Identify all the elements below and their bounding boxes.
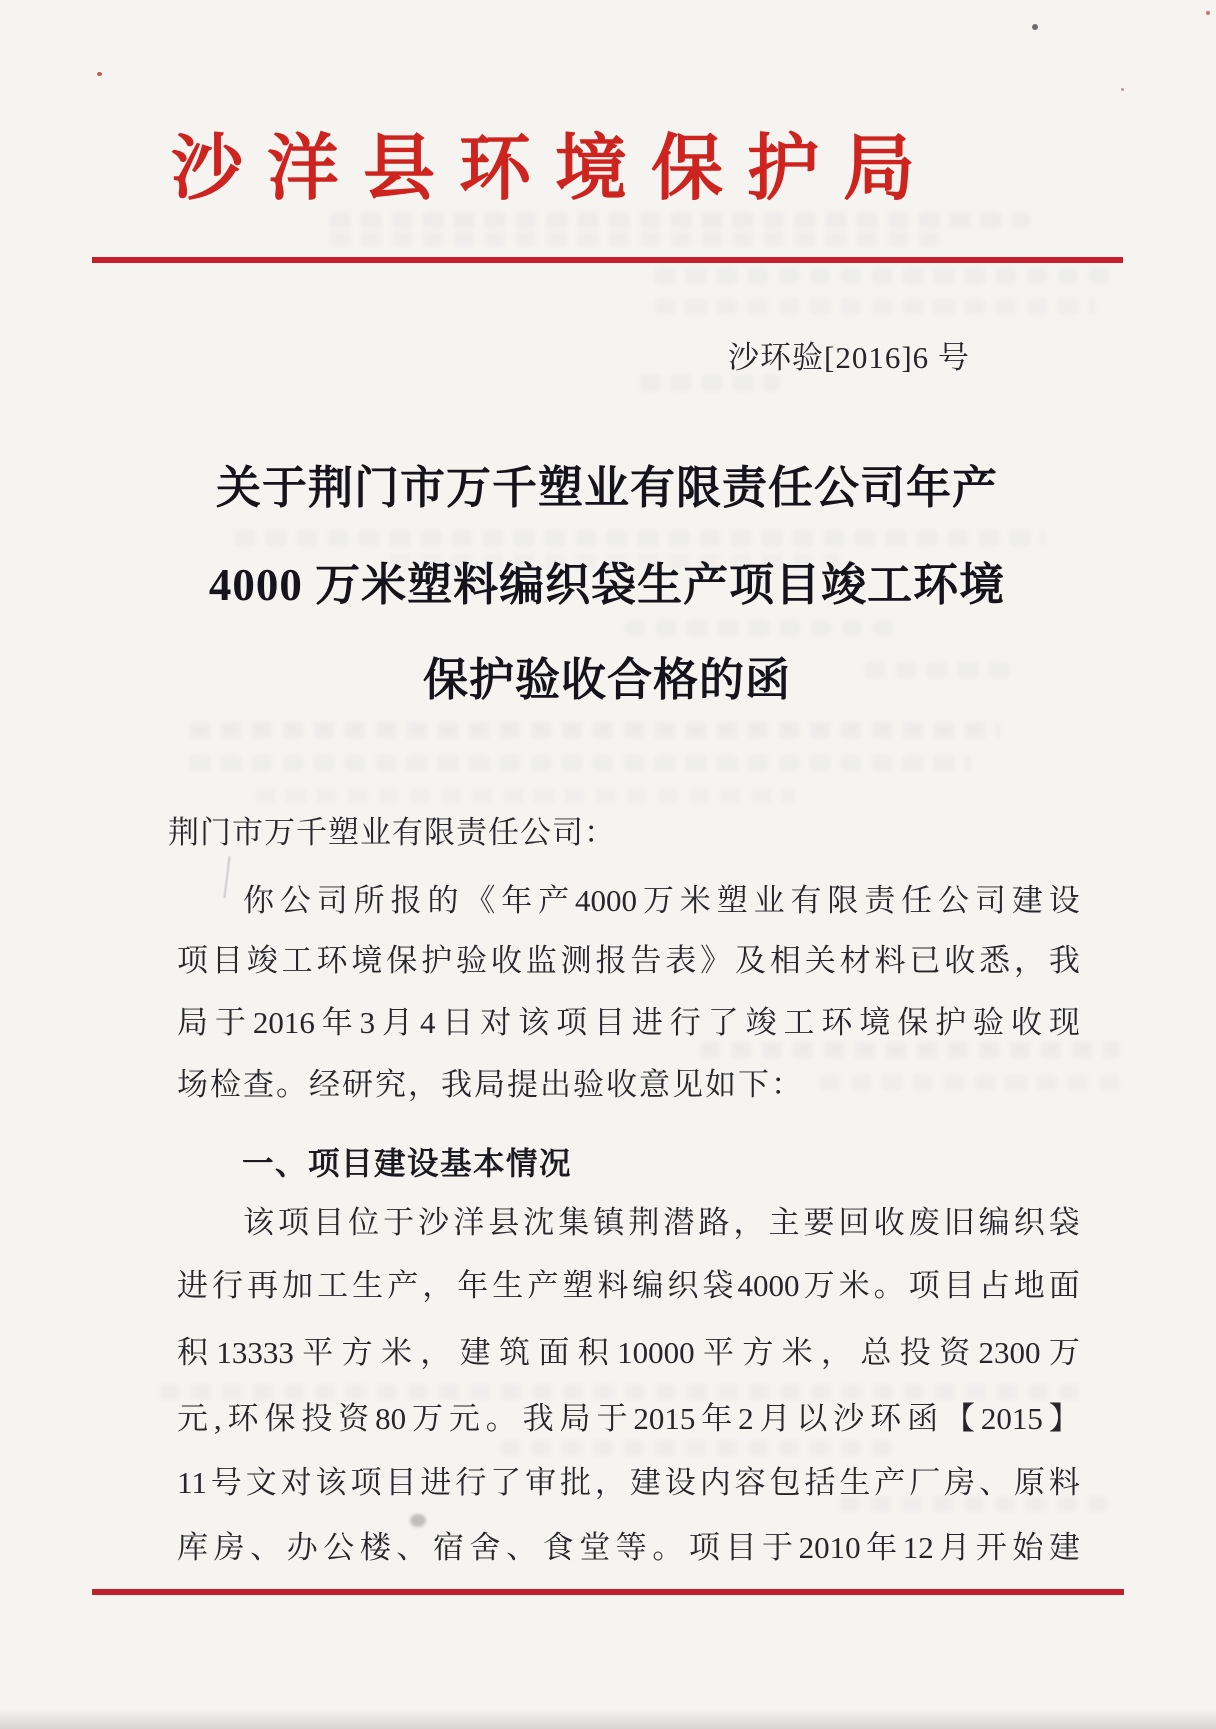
agency-letterhead-title: 沙洋县环境保护局 (40, 131, 1070, 209)
scan-crease (223, 856, 230, 898)
body-line: 进行再加工生产，年生产塑料编织袋4000万米。项目占地面 (177, 1267, 1080, 1304)
body-line: 积13333平方米，建筑面积10000平方米，总投资2300万 (177, 1334, 1080, 1371)
bleed-through-artifact (655, 268, 1115, 284)
salutation: 荆门市万千塑业有限责任公司： (168, 814, 616, 851)
body-line: 11号文对该项目进行了审批，建设内容包括生产厂房、原料 (177, 1464, 1080, 1501)
bleed-through-artifact (160, 1384, 1090, 1400)
bleed-through-artifact (190, 755, 970, 771)
scan-speck (1121, 88, 1124, 91)
document-title-line-1: 关于荆门市万千塑业有限责任公司年产 (92, 462, 1122, 514)
bleed-through-artifact (625, 620, 895, 636)
bleed-through-artifact (235, 530, 1045, 546)
bleed-through-artifact (255, 788, 795, 804)
bleed-through-artifact (700, 1042, 1120, 1058)
bleed-through-artifact (330, 231, 950, 247)
bleed-through-artifact (820, 1074, 1120, 1090)
document-number: 沙环验[2016]6 号 (728, 332, 970, 377)
body-line: 元,环保投资80万元。我局于2015年2月以沙环函【2015】 (177, 1400, 1080, 1437)
body-line: 局于2016年3月4日对该项目进行了竣工环境保护验收现 (177, 1004, 1080, 1041)
body-line: 库房、办公楼、宿舍、食堂等。项目于2010年12月开始建 (177, 1529, 1080, 1566)
bleed-through-artifact (500, 1440, 900, 1456)
scan-smudge (410, 1514, 426, 1527)
bleed-through-artifact (330, 212, 1030, 228)
scan-speck (1032, 24, 1038, 30)
bleed-through-artifact (655, 298, 1095, 314)
bleed-through-artifact (190, 722, 1000, 738)
body-line: 场检查。经研究，我局提出验收意见如下： (177, 1066, 804, 1103)
scanned-official-letter-page: 沙洋县环境保护局 沙环验[2016]6 号 关于荆门市万千塑业有限责任公司年产 … (0, 0, 1216, 1729)
scan-edge-shadow (0, 1709, 1216, 1729)
document-title-line-3: 保护验收合格的函 (92, 654, 1122, 706)
bleed-through-artifact (640, 375, 780, 391)
body-line: 你公司所报的《年产4000万米塑业有限责任公司建设 (243, 882, 1080, 919)
document-title-line-2: 4000 万米塑料编织袋生产项目竣工环境 (92, 559, 1122, 611)
section-1-heading: 一、项目建设基本情况 (242, 1139, 572, 1184)
scan-speck (97, 72, 102, 76)
letterhead-rule (92, 257, 1123, 263)
footer-rule (92, 1589, 1124, 1595)
body-line: 项目竣工环境保护验收监测报告表》及相关材料已收悉，我 (177, 942, 1080, 979)
scan-speck (1206, 11, 1210, 15)
body-line: 该项目位于沙洋县沈集镇荆潜路，主要回收废旧编织袋 (243, 1204, 1080, 1241)
